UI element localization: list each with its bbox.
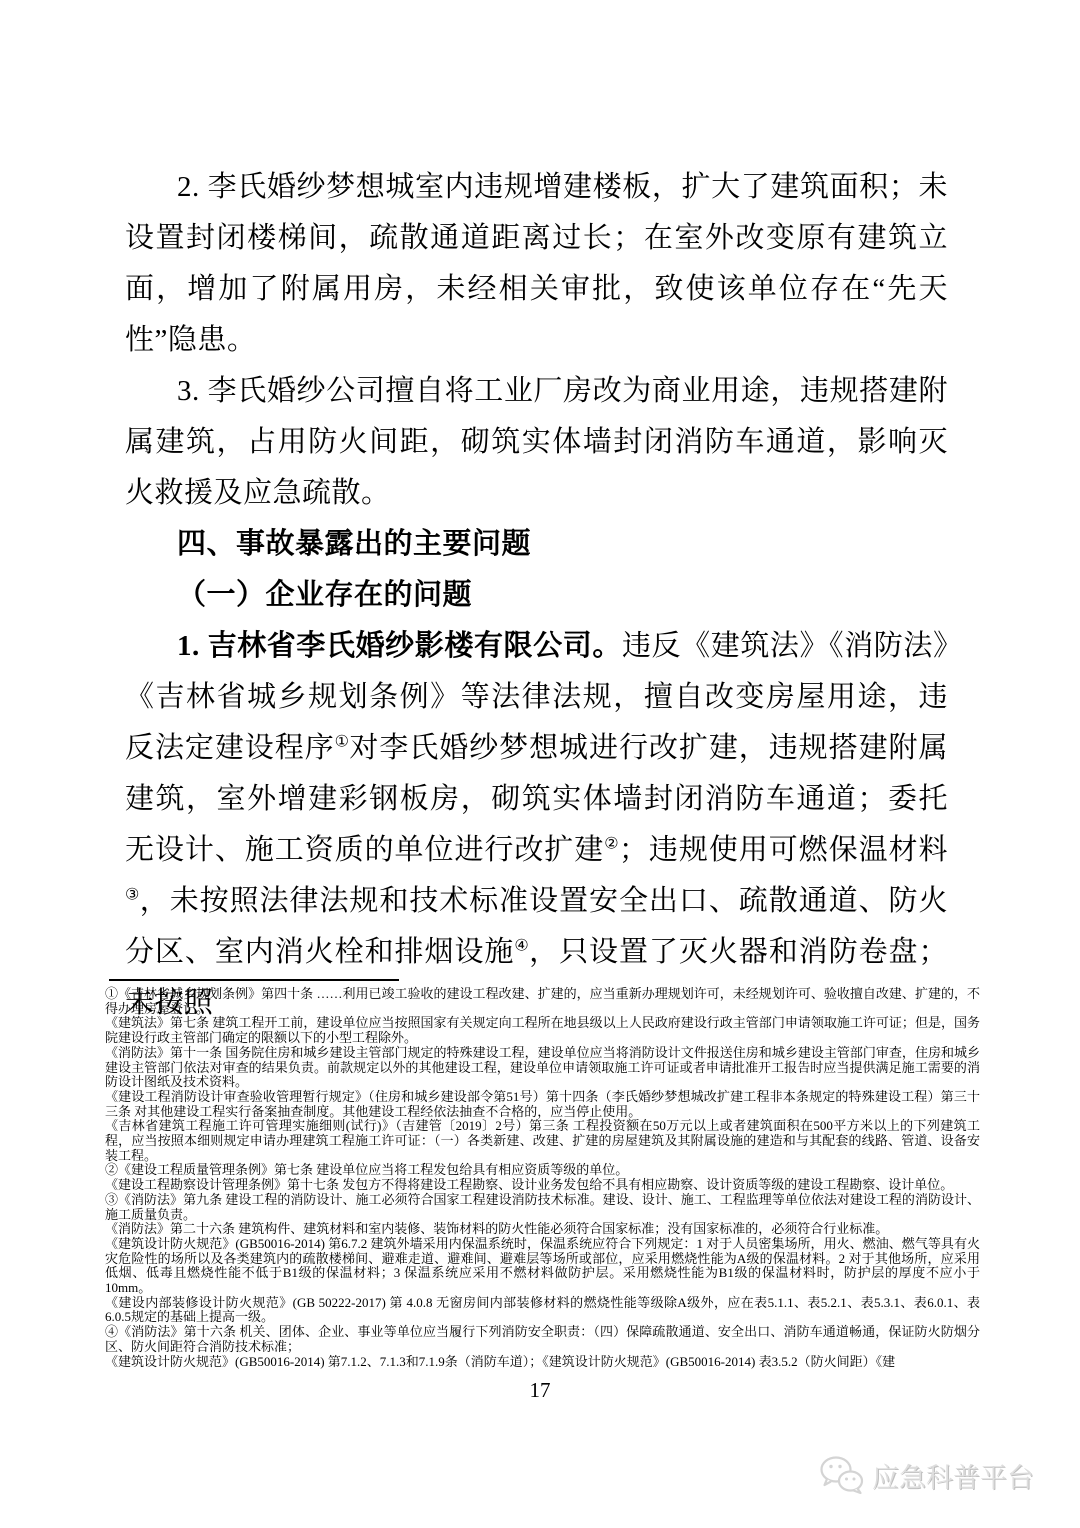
footnote-paragraph: 《建筑设计防火规范》(GB50016-2014) 第6.7.2 建筑外墙采用内保… xyxy=(105,1237,980,1296)
page-number: 17 xyxy=(0,1378,1080,1403)
footnote-list: ①《吉林省城乡规划条例》第四十条 ……利用已竣工验收的建设工程改建、扩建的，应当… xyxy=(105,987,980,1369)
watermark: 应急科普平台 xyxy=(819,1455,1034,1495)
body-paragraph: 1. 吉林省李氏婚纱影楼有限公司。违反《建筑法》《消防法》《吉林省城乡规划条例》… xyxy=(125,621,948,1029)
body-paragraph: 2. 李氏婚纱梦想城室内违规增建楼板，扩大了建筑面积；未设置封闭楼梯间，疏散通道… xyxy=(125,162,948,366)
footnote-separator xyxy=(109,979,399,981)
text-run: 2. 李氏婚纱梦想城室内违规增建楼板，扩大了建筑面积；未设置封闭楼梯间，疏散通道… xyxy=(125,171,948,356)
text-run: ；违规使用可燃保温材料 xyxy=(619,834,948,866)
footnote-paragraph: 《建设工程消防设计审查验收管理暂行规定》（住房和城乡建设部令第51号）第十四条（… xyxy=(105,1090,980,1119)
text-run: 1. 吉林省李氏婚纱影楼有限公司。 xyxy=(177,630,622,662)
wechat-icon xyxy=(819,1455,865,1495)
watermark-label: 应急科普平台 xyxy=(872,1456,1034,1495)
footnote-ref: ③ xyxy=(125,886,140,903)
footnote-ref: ④ xyxy=(514,937,529,954)
section-heading: 四、事故暴露出的主要问题 xyxy=(125,519,948,570)
footnote-paragraph: 《建筑设计防火规范》(GB50016-2014) 第7.1.2、7.1.3和7.… xyxy=(105,1355,980,1370)
footnote-paragraph: 《吉林省建筑工程施工许可管理实施细则(试行)》（吉建管〔2019〕2号）第三条 … xyxy=(105,1119,980,1163)
footnote-paragraph: 《建设工程勘察设计管理条例》第十七条 发包方不得将建设工程勘察、设计业务发包给不… xyxy=(105,1178,980,1193)
footnote-paragraph: 《建筑法》第七条 建筑工程开工前，建设单位应当按照国家有关规定向工程所在地县级以… xyxy=(105,1016,980,1045)
footnote-ref: ① xyxy=(335,733,350,750)
footnote-paragraph: ③《消防法》第九条 建设工程的消防设计、施工必须符合国家工程建设消防技术标准。建… xyxy=(105,1193,980,1222)
text-run: 3. 李氏婚纱公司擅自将工业厂房改为商业用途，违规搭建附属建筑，占用防火间距，砌… xyxy=(125,375,948,509)
footnote-paragraph: 《消防法》第二十六条 建筑构件、建筑材料和室内装修、装饰材料的防火性能必须符合国… xyxy=(105,1222,980,1237)
footnote-paragraph: ②《建设工程质量管理条例》第七条 建设单位应当将工程发包给具有相应资质等级的单位… xyxy=(105,1163,980,1178)
footnotes-section: ①《吉林省城乡规划条例》第四十条 ……利用已竣工验收的建设工程改建、扩建的，应当… xyxy=(105,975,980,1369)
footnote-paragraph: 《消防法》第十一条 国务院住房和城乡建设主管部门规定的特殊建设工程，建设单位应当… xyxy=(105,1046,980,1090)
text-run: （一）企业存在的问题 xyxy=(177,579,472,611)
footnote-paragraph: ①《吉林省城乡规划条例》第四十条 ……利用已竣工验收的建设工程改建、扩建的，应当… xyxy=(105,987,980,1016)
body-paragraph: 3. 李氏婚纱公司擅自将工业厂房改为商业用途，违规搭建附属建筑，占用防火间距，砌… xyxy=(125,366,948,519)
footnote-ref: ② xyxy=(604,835,619,852)
footnote-paragraph: 《建设内部装修设计防火规范》(GB 50222-2017) 第 4.0.8 无窗… xyxy=(105,1296,980,1325)
footnote-paragraph: ④《消防法》第十六条 机关、团体、企业、事业等单位应当履行下列消防安全职责：（四… xyxy=(105,1325,980,1354)
text-run: 四、事故暴露出的主要问题 xyxy=(177,528,531,560)
document-page: 2. 李氏婚纱梦想城室内违规增建楼板，扩大了建筑面积；未设置封闭楼梯间，疏散通道… xyxy=(0,0,1080,1528)
document-body: 2. 李氏婚纱梦想城室内违规增建楼板，扩大了建筑面积；未设置封闭楼梯间，疏散通道… xyxy=(125,162,948,1029)
subsection-heading: （一）企业存在的问题 xyxy=(125,570,948,621)
